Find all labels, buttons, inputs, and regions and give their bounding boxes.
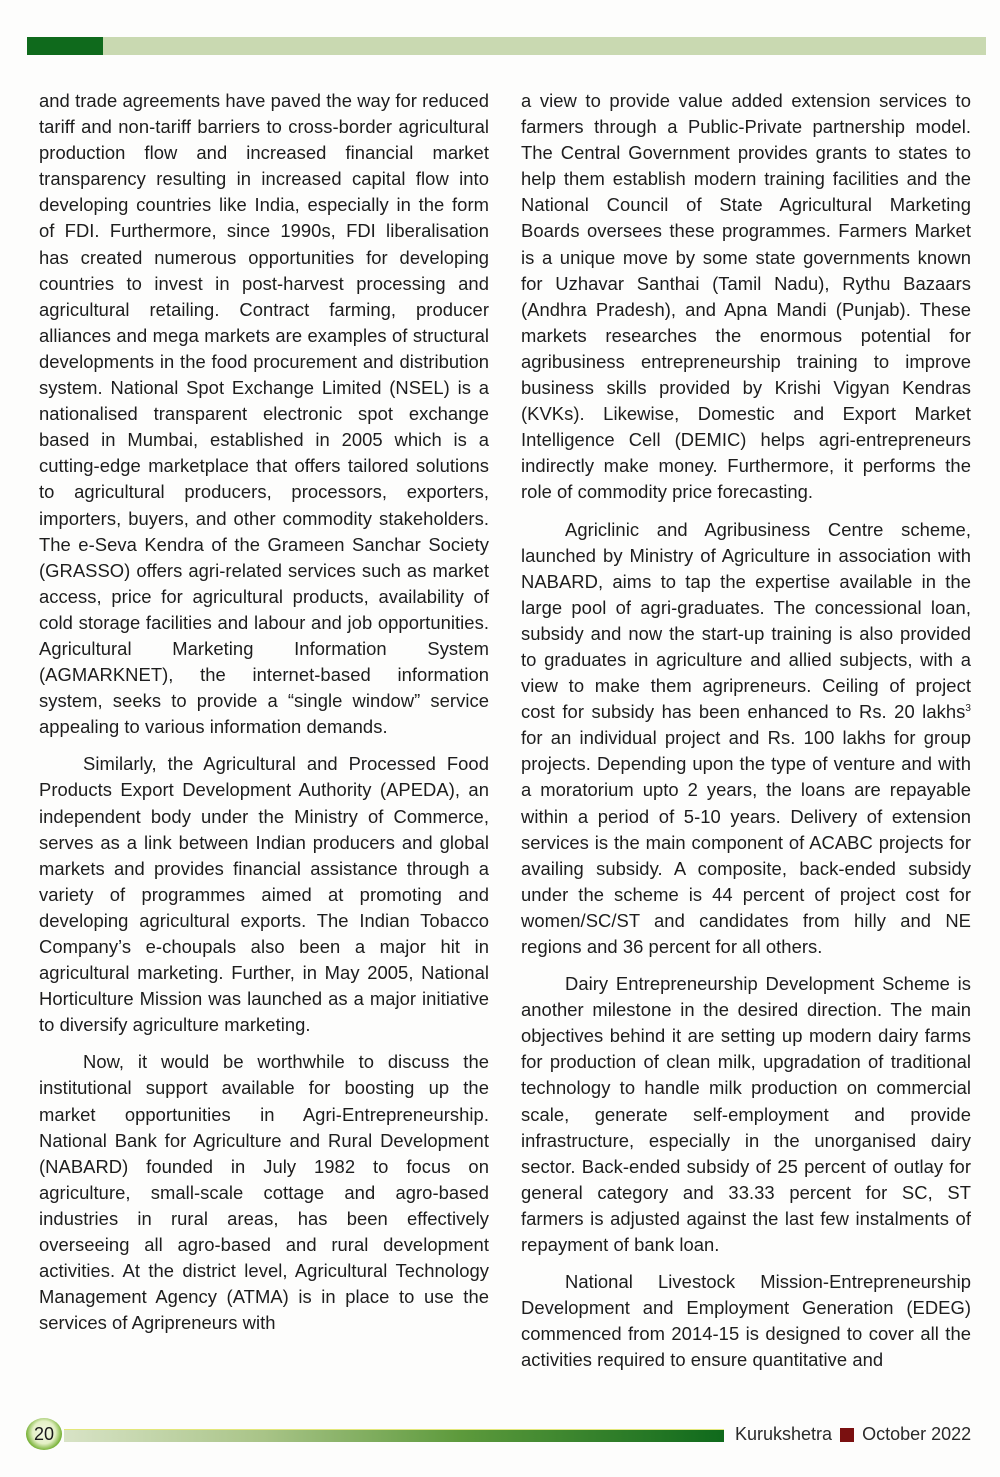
paragraph-text: for an individual project and Rs. 100 la…: [521, 727, 971, 957]
paragraph: National Livestock Mission-Entrepreneurs…: [521, 1269, 971, 1373]
footnote-reference: 3: [965, 703, 971, 714]
separator-square-icon: [840, 1428, 854, 1442]
issue-date: October 2022: [862, 1424, 971, 1445]
paragraph: a view to provide value added extension …: [521, 88, 971, 506]
header-accent-block: [27, 37, 103, 55]
page-number-badge: 20: [26, 1418, 62, 1450]
paragraph: Agriclinic and Agribusiness Centre schem…: [521, 517, 971, 961]
paragraph-text: Agriclinic and Agribusiness Centre schem…: [521, 519, 971, 723]
page-footer: 20 Kurukshetra October 2022: [0, 1412, 1000, 1462]
publication-info: Kurukshetra October 2022: [735, 1424, 971, 1445]
footer-gradient-bar: [64, 1429, 724, 1442]
header-decorative-bar: [27, 37, 986, 55]
paragraph: Dairy Entrepreneurship Development Schem…: [521, 971, 971, 1258]
article-column-right: a view to provide value added extension …: [521, 88, 971, 1385]
article-column-left: and trade agreements have paved the way …: [39, 88, 489, 1347]
publication-name: Kurukshetra: [735, 1424, 832, 1445]
paragraph: Similarly, the Agricultural and Processe…: [39, 751, 489, 1038]
page-number: 20: [34, 1424, 54, 1445]
paragraph: and trade agreements have paved the way …: [39, 88, 489, 740]
paragraph: Now, it would be worthwhile to discuss t…: [39, 1049, 489, 1336]
